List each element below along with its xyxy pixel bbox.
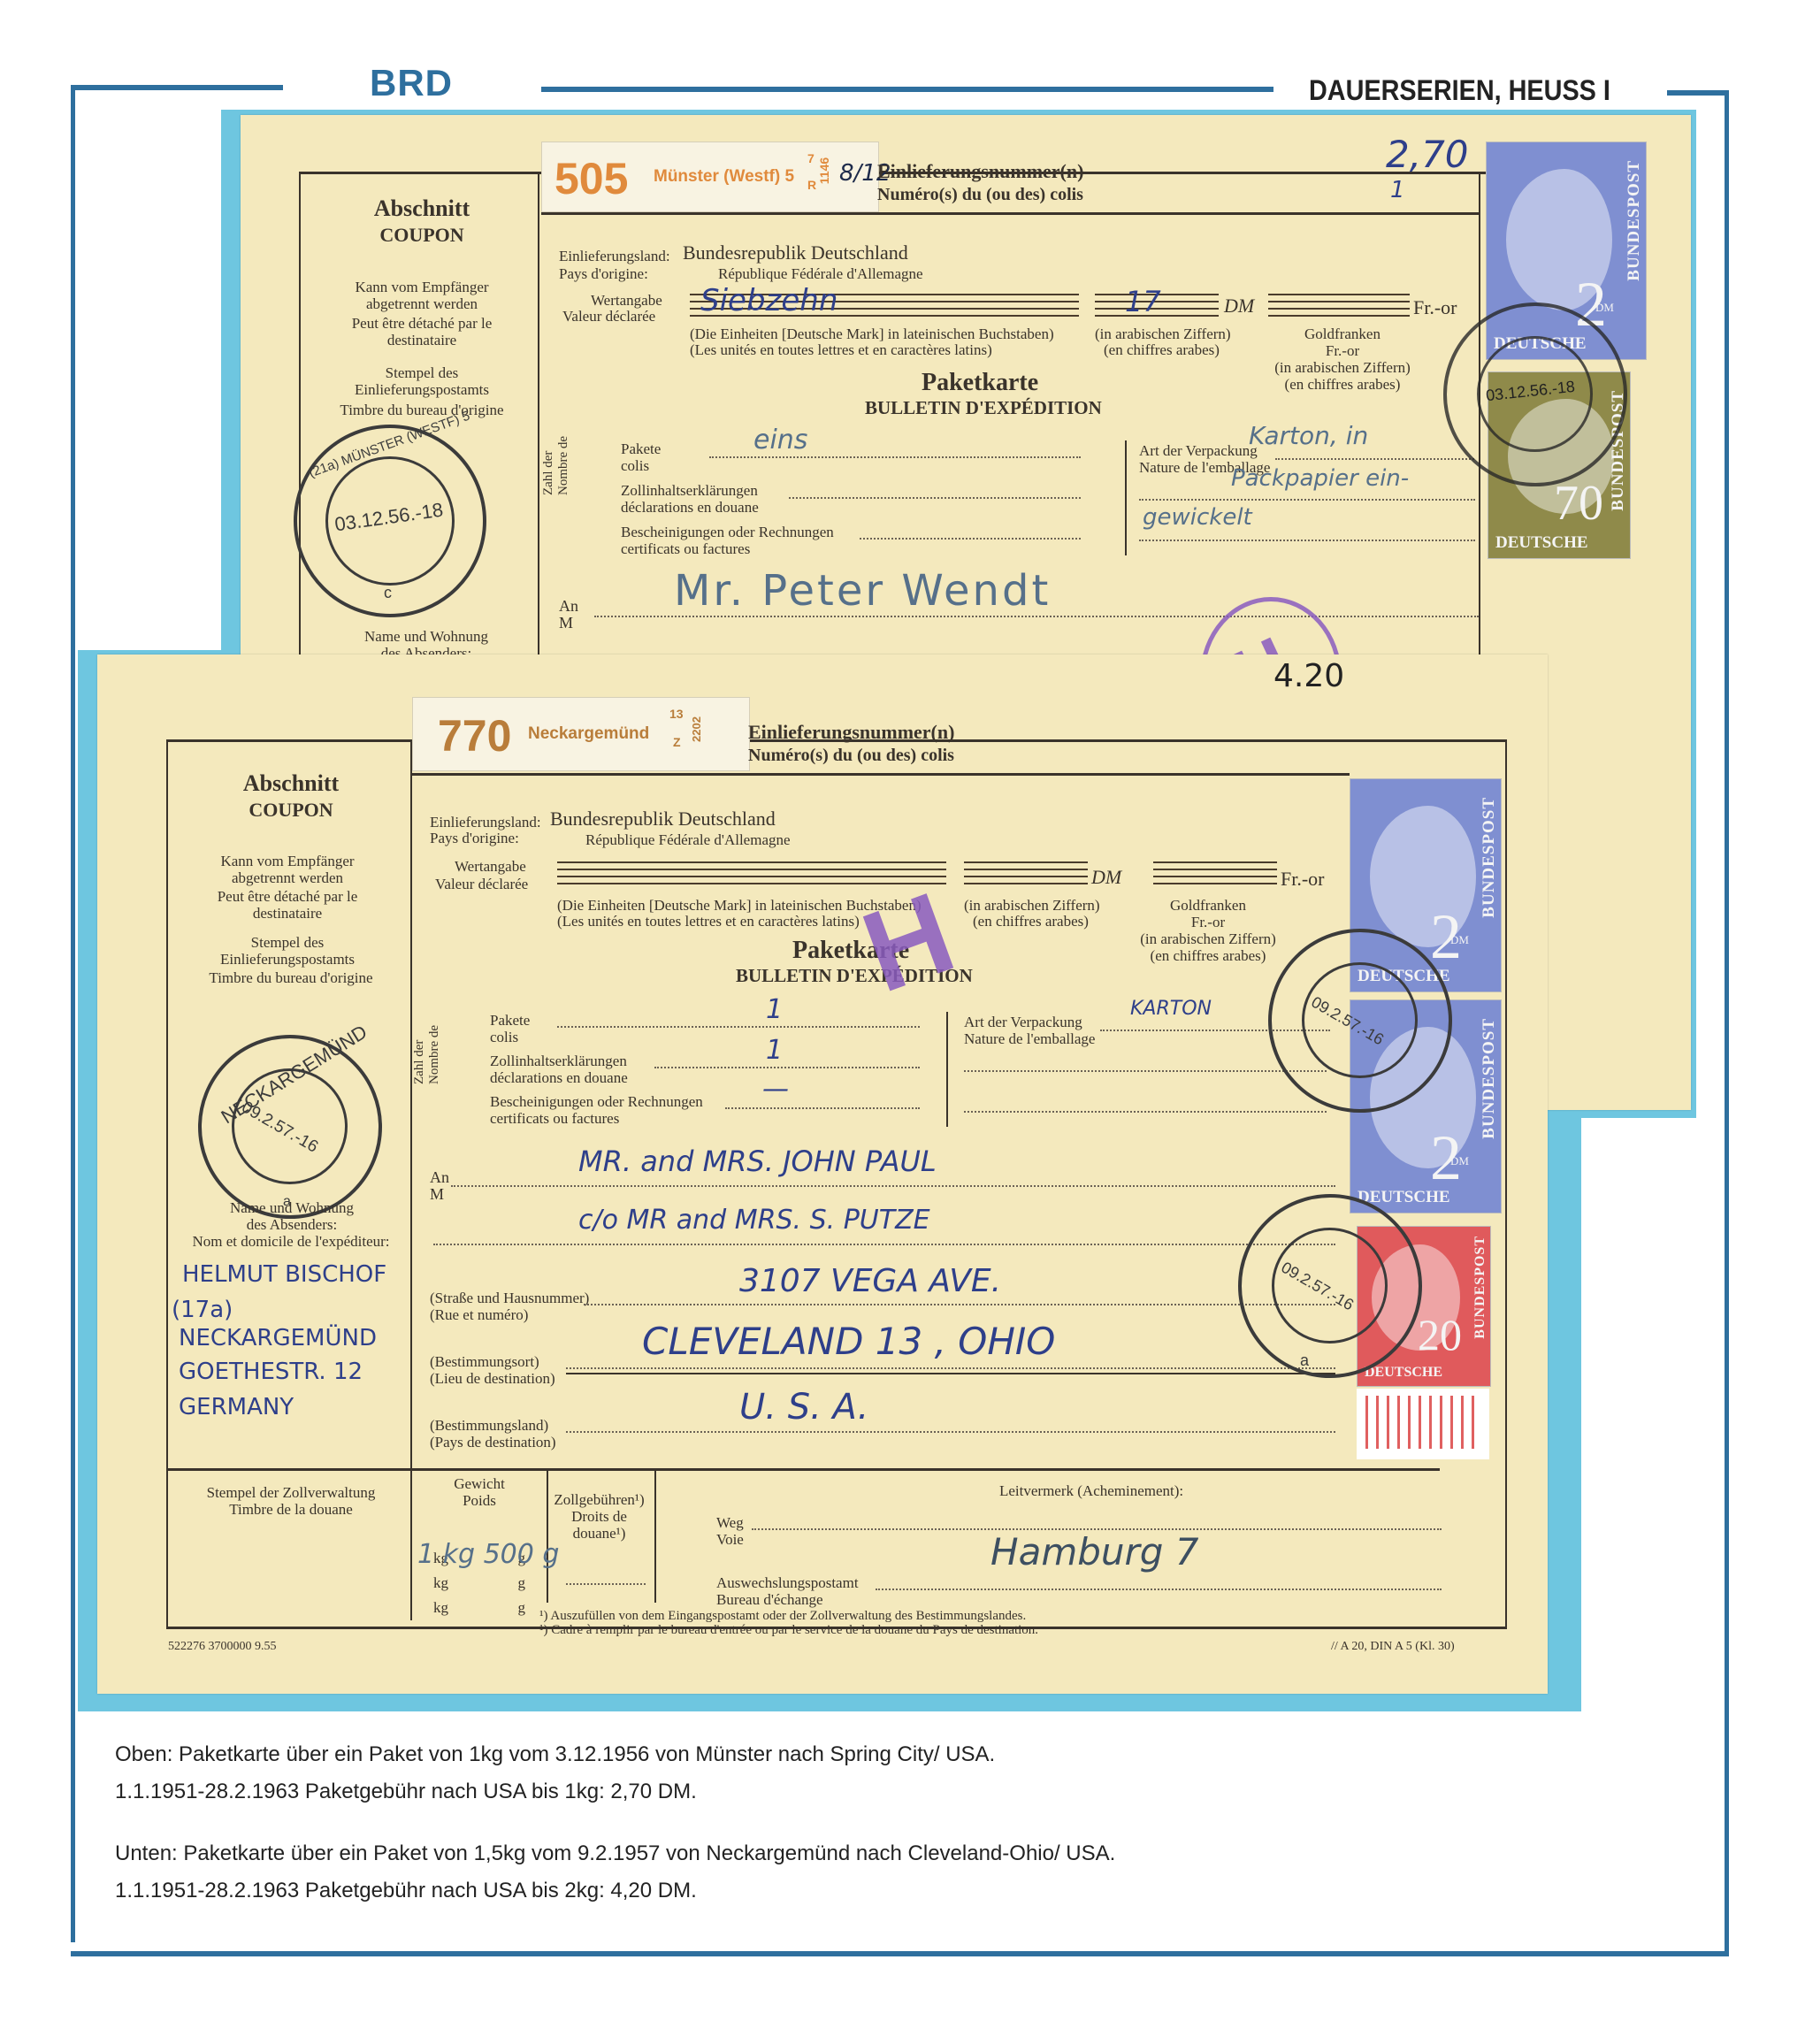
imprint-right: // A 20, DIN A 5 (Kl. 30) xyxy=(1331,1638,1455,1655)
registration-label: 770 Neckargemünd 13 Z 2202 xyxy=(412,697,750,771)
coupon-detach-de: Kann vom Empfänger abgetrennt werden xyxy=(195,853,380,886)
stamp-currency: DM xyxy=(1595,301,1614,315)
label-town: Münster (Westf) 5 xyxy=(654,167,794,187)
value-note-fr: (Les unités en toutes lettres et en cara… xyxy=(557,913,860,930)
parcels-field[interactable] xyxy=(709,456,1081,458)
caption-top-1: Oben: Paketkarte über ein Paket von 1kg … xyxy=(115,1742,995,1767)
addressee-label: An M xyxy=(430,1169,449,1203)
origin-label-fr: Pays d'origine: xyxy=(559,265,648,282)
value-label-de: Wertangabe xyxy=(591,292,662,309)
coupon-title: Abschnitt xyxy=(172,771,410,796)
gold-note-line: Goldfranken xyxy=(1128,897,1288,914)
digits-note-de: (in arabischen Ziffern) xyxy=(964,897,1100,914)
postmark-muenster: (21a) MÜNSTER (WESTF) 5 03.12.56.-18 c xyxy=(294,425,486,617)
coupon-detach-de: Kann vom Empfänger abgetrennt werden xyxy=(329,279,515,312)
stamp-value: 20 xyxy=(1418,1303,1462,1366)
coupon-sender-label-fr: Nom et domicile de l'expéditeur: xyxy=(172,1233,410,1250)
heading-rule xyxy=(412,773,1350,776)
frame-top-right xyxy=(1667,90,1729,96)
address-line-1-field[interactable] xyxy=(451,1185,1335,1187)
frame-top-left xyxy=(71,85,283,90)
duty-head-line: douane¹) xyxy=(548,1525,650,1542)
row-label-de: Zollinhaltserklärungen xyxy=(621,482,759,499)
gold-rules xyxy=(1153,861,1277,890)
heading-rule xyxy=(541,212,1479,215)
duty-heading: Zollgebühren¹) Droits de douane¹) xyxy=(548,1491,650,1542)
postmark-neckargemuend-coupon: NECKARGEMÜND 09.2.57.-16 a xyxy=(198,1035,382,1219)
route-label-fr: Voie xyxy=(716,1531,744,1548)
certificates-field[interactable] xyxy=(860,538,1081,540)
gold-note-line: Fr.-or xyxy=(1128,914,1288,930)
coupon-sender-label: Name und Wohnung des Absenders: xyxy=(230,1199,354,1233)
digits-note-fr: (en chiffres arabes) xyxy=(1104,341,1220,358)
zahl-label: Zahl der Nombre de xyxy=(541,436,571,495)
origin-country-de: Bundesrepublik Deutschland xyxy=(683,244,908,261)
duty-divider xyxy=(654,1470,656,1603)
row-label-fr: certificats ou factures xyxy=(621,540,834,557)
stamp-post-text: BUNDESPOST xyxy=(1625,160,1644,281)
coupon-subtitle: COUPON xyxy=(172,800,410,821)
addressee-name: Mr. Peter Wendt xyxy=(674,566,1051,616)
customs-value: 1 xyxy=(766,1035,783,1066)
postmark-neckargemuend-stamps-2: 09.2.57.-16 a xyxy=(1238,1194,1422,1378)
kg-unit: kg xyxy=(433,1574,448,1591)
duty-field[interactable] xyxy=(566,1583,646,1585)
gold-note-line: Fr.-or xyxy=(1263,342,1422,359)
exchange-label-de: Auswechslungspostamt xyxy=(716,1574,859,1591)
customs-stamp-de: Stempel der Zollverwaltung xyxy=(172,1484,410,1501)
stamp-country: DEUTSCHE xyxy=(1495,533,1588,553)
value-words: Siebzehn xyxy=(700,283,837,318)
address-street: 3107 VEGA AVE. xyxy=(739,1263,1001,1299)
country-label-de: (Bestimmungsland) xyxy=(430,1417,556,1434)
packing-label-de: Art der Verpackung xyxy=(964,1014,1095,1030)
zahl-fr: Nombre de xyxy=(427,1025,442,1084)
page-header-series: DAUERSERIEN, HEUSS I xyxy=(1309,74,1610,107)
label-code-top: 7 xyxy=(807,151,815,165)
country-label-fr: (Pays de destination) xyxy=(430,1434,556,1451)
value-note-fr: (Les unités en toutes lettres et en cara… xyxy=(690,341,992,358)
g-unit: g xyxy=(518,1574,526,1591)
coupon-detach-fr: Peut être détaché par le destinataire xyxy=(195,888,380,922)
certificates-field[interactable] xyxy=(725,1107,920,1109)
route-label-de: Weg xyxy=(716,1514,744,1531)
sender-postcode: (17a) xyxy=(172,1297,233,1323)
digits-note-fr: (en chiffres arabes) xyxy=(973,913,1089,930)
customs-stamp-label: Stempel der Zollverwaltung Timbre de la … xyxy=(172,1484,410,1518)
row-label-fr: déclarations en douane xyxy=(621,499,759,516)
count-row-certificates: Bescheinigungen oder Rechnungen certific… xyxy=(621,524,834,557)
addressee-label: An M xyxy=(559,598,578,632)
gold-note-line: Goldfranken xyxy=(1263,325,1422,342)
address-city: CLEVELAND 13 , OHIO xyxy=(642,1320,1055,1363)
sender-town: NECKARGEMÜND xyxy=(179,1325,377,1351)
weight-head-de: Gewicht xyxy=(412,1475,547,1492)
dest-label-fr: (Lieu de destination) xyxy=(430,1370,555,1387)
coupon-stamp-fr: Timbre du bureau d'origine xyxy=(172,969,410,986)
zahl-fr: Nombre de xyxy=(556,436,571,495)
coupon-stamp-de: Stempel des Einlieferungspostamts xyxy=(329,364,515,398)
postmark-neckargemuend-stamps-1: 09.2.57.-16 xyxy=(1268,929,1452,1113)
fee-handwritten: 4.20 xyxy=(1273,658,1344,694)
parcels-value: 1 xyxy=(766,994,783,1025)
row-label-fr: colis xyxy=(621,457,661,474)
dm-label: DM xyxy=(1091,869,1121,885)
exchange-field[interactable] xyxy=(876,1589,1442,1590)
caption-bottom-2: 1.1.1951-28.2.1963 Paketgebühr nach USA … xyxy=(115,1879,697,1903)
count-row-customs: Zollinhaltserklärungen déclarations en d… xyxy=(621,482,759,516)
origin-label-fr: Pays d'origine: xyxy=(430,830,519,846)
row-label-de: Bescheinigungen oder Rechnungen xyxy=(490,1093,703,1110)
gold-note-line: (in arabischen Ziffern) xyxy=(1128,930,1288,947)
addr-label-m: M xyxy=(430,1186,449,1203)
postmark-muenster-on-stamps: 03.12.56.-18 xyxy=(1443,302,1627,486)
stamp-post-text: BUNDESPOST xyxy=(1472,1236,1488,1339)
sheet-margin xyxy=(1357,1389,1489,1459)
packing-field[interactable] xyxy=(1275,458,1474,460)
value-label-fr: Valeur déclarée xyxy=(435,876,528,892)
label-code-bottom: R xyxy=(807,178,816,192)
g-unit: g xyxy=(518,1599,526,1616)
origin-country-fr: République Fédérale d'Allemagne xyxy=(718,265,923,282)
route-label: Weg Voie xyxy=(716,1514,744,1548)
sender-country: GERMANY xyxy=(179,1394,294,1420)
frame-left xyxy=(71,85,75,1942)
gold-note-line: (en chiffres arabes) xyxy=(1128,947,1288,964)
consignment-number-heading-fr: Numéro(s) du (ou des) colis xyxy=(748,745,954,766)
weight-heading: Gewicht Poids xyxy=(412,1475,547,1509)
label-code-top: 13 xyxy=(669,707,684,721)
street-label: (Straße und Hausnummer) (Rue et numéro) xyxy=(430,1290,589,1323)
parcels-field[interactable] xyxy=(557,1026,920,1028)
packing-field-2[interactable] xyxy=(1139,499,1475,501)
packing-field-2[interactable] xyxy=(964,1070,1327,1072)
row-label-fr: déclarations en douane xyxy=(490,1069,628,1086)
customs-stamp-fr: Timbre de la douane xyxy=(172,1501,410,1518)
consignment-number-heading-de: Einlieferungsnummer(n) xyxy=(748,722,954,743)
origin-label-de: Einlieferungsland: xyxy=(559,248,670,264)
street-label-de: (Straße und Hausnummer) xyxy=(430,1290,589,1306)
count-row-certificates: Bescheinigungen oder Rechnungen certific… xyxy=(490,1093,703,1127)
fror-label: Fr.-or xyxy=(1413,299,1457,316)
packing-value-3: gewickelt xyxy=(1143,504,1252,531)
packing-label-fr: Nature de l'emballage xyxy=(964,1030,1095,1047)
customs-section-rule xyxy=(166,1468,1440,1471)
gold-note: Goldfranken Fr.-or (in arabischen Ziffer… xyxy=(1128,897,1288,964)
sender-street: GOETHESTR. 12 xyxy=(179,1359,363,1385)
zahl-de: Zahl der xyxy=(541,436,556,495)
address-line-1: MR. and MRS. JOHN PAUL xyxy=(578,1144,937,1178)
frame-bottom xyxy=(71,1951,1729,1956)
customs-field[interactable] xyxy=(654,1067,920,1068)
country-label: (Bestimmungsland) (Pays de destination) xyxy=(430,1417,556,1451)
count-row-customs: Zollinhaltserklärungen déclarations en d… xyxy=(490,1053,628,1086)
label-serial: 2202 xyxy=(690,716,703,742)
gold-note: Goldfranken Fr.-or (in arabischen Ziffer… xyxy=(1263,325,1422,393)
row-label-fr: certificats ou factures xyxy=(490,1110,703,1127)
label-number: 505 xyxy=(555,153,628,204)
coupon-detach-fr: Peut être détaché par le destinataire xyxy=(329,315,515,348)
frame-right xyxy=(1725,90,1729,1956)
stamp-post-text: BUNDESPOST xyxy=(1480,797,1499,918)
row-label-de: Zollinhaltserklärungen xyxy=(490,1053,628,1069)
label-number: 770 xyxy=(438,710,511,762)
form-title: Paketkarte xyxy=(922,370,1038,396)
footnote-fr: ¹) Cadre à remplir par le bureau d'entré… xyxy=(539,1622,1038,1639)
stamp-post-text: BUNDESPOST xyxy=(1480,1018,1499,1139)
coupon-stamp-de: Stempel des Einlieferungspostamts xyxy=(195,934,380,968)
addressee-field[interactable] xyxy=(594,616,1479,617)
addr-label-an: An xyxy=(430,1169,449,1186)
stamp-currency: DM xyxy=(1450,1154,1469,1168)
gold-note-line: (en chiffres arabes) xyxy=(1263,376,1422,393)
count-row-parcels: Pakete colis xyxy=(621,440,661,474)
duty-head-line: Droits de xyxy=(548,1508,650,1525)
parcels-value: eins xyxy=(753,425,807,455)
value-label-de: Wertangabe xyxy=(455,858,526,875)
label-town: Neckargemünd xyxy=(528,724,649,744)
caption-top-2: 1.1.1951-28.2.1963 Paketgebühr nach USA … xyxy=(115,1780,697,1804)
addr-label-an: An xyxy=(559,598,578,615)
label-serial: 1146 xyxy=(817,157,831,184)
value-digits-rules xyxy=(964,861,1088,890)
certificates-value: — xyxy=(762,1074,789,1105)
dm-label: DM xyxy=(1224,297,1254,314)
stamp-country: DEUTSCHE xyxy=(1365,1365,1442,1381)
sender-name: HELMUT BISCHOF xyxy=(182,1261,386,1288)
consignment-number-heading-de: Einlieferungsnummer(n) xyxy=(877,161,1083,182)
packing-field-3[interactable] xyxy=(1139,540,1475,541)
route-value: Hamburg 7 xyxy=(990,1530,1199,1573)
value-note-de: (Die Einheiten [Deutsche Mark] in latein… xyxy=(690,325,1054,342)
packing-label: Art der Verpackung Nature de l'emballage xyxy=(964,1014,1095,1047)
value-digits: 17 xyxy=(1125,285,1161,318)
count-row-parcels: Pakete colis xyxy=(490,1012,530,1045)
destination-rule xyxy=(566,1373,1335,1374)
zahl-de: Zahl der xyxy=(412,1025,427,1084)
weight-head-fr: Poids xyxy=(412,1492,547,1509)
frame-top-middle xyxy=(541,87,1273,92)
routing-heading: Leitvermerk (Acheminement): xyxy=(999,1482,1183,1499)
postmark-letter: a xyxy=(1300,1351,1309,1370)
exchange-label-fr: Bureau d'échange xyxy=(716,1591,859,1608)
coupon-title: Abschnitt xyxy=(311,196,532,221)
digits-note-de: (in arabischen Ziffern) xyxy=(1095,325,1231,342)
address-line-2-field[interactable] xyxy=(433,1244,1335,1245)
fee-sub: 1 xyxy=(1390,177,1405,203)
weight-value: 1 kg 500 g xyxy=(417,1539,559,1570)
customs-field[interactable] xyxy=(789,497,1081,499)
origin-country-fr: République Fédérale d'Allemagne xyxy=(585,831,791,848)
duty-head-line: Zollgebühren¹) xyxy=(548,1491,650,1508)
packing-divider xyxy=(1125,440,1127,555)
origin-label-de: Einlieferungsland: xyxy=(430,814,541,831)
weight-row-3: kg g xyxy=(433,1599,525,1616)
exchange-label: Auswechslungspostamt Bureau d'échange xyxy=(716,1574,859,1608)
street-field[interactable] xyxy=(584,1304,1335,1305)
country-field[interactable] xyxy=(566,1431,1335,1433)
destination-label: (Bestimmungsort) (Lieu de destination) xyxy=(430,1353,555,1387)
kg-unit: kg xyxy=(433,1599,448,1616)
value-label-fr: Valeur déclarée xyxy=(562,308,655,325)
address-line-2: c/o MR and MRS. S. PUTZE xyxy=(578,1205,930,1236)
form-subtitle: BULLETIN D'EXPÉDITION xyxy=(865,400,1102,417)
packing-value-1: Karton, in xyxy=(1249,421,1368,450)
destination-field[interactable] xyxy=(566,1367,1335,1369)
row-label-de: Pakete xyxy=(621,440,661,457)
packing-field-3[interactable] xyxy=(964,1111,1327,1113)
coupon-stamp-fr: Timbre du bureau d'origine xyxy=(311,402,532,418)
row-label-de: Pakete xyxy=(490,1012,530,1029)
origin-country-de: Bundesrepublik Deutschland xyxy=(550,810,776,827)
fror-label: Fr.-or xyxy=(1281,870,1325,887)
addr-label-m: M xyxy=(559,615,578,632)
packing-value-2: Packpapier ein- xyxy=(1231,465,1409,492)
row-label-fr: colis xyxy=(490,1029,530,1045)
dest-label-de: (Bestimmungsort) xyxy=(430,1353,555,1370)
caption-bottom-1: Unten: Paketkarte über ein Paket von 1,5… xyxy=(115,1841,1115,1866)
label-code-bottom: Z xyxy=(673,735,681,749)
weight-row-2: kg g xyxy=(433,1574,525,1591)
street-label-fr: (Rue et numéro) xyxy=(430,1306,589,1323)
registration-label: 505 Münster (Westf) 5 7 R 1146 8/12 xyxy=(541,142,879,212)
coupon-divider xyxy=(538,172,539,702)
page-header-country: BRD xyxy=(370,62,453,104)
gold-note-line: (in arabischen Ziffern) xyxy=(1263,359,1422,376)
row-label-de: Bescheinigungen oder Rechnungen xyxy=(621,524,834,540)
packing-value: KARTON xyxy=(1130,998,1212,1020)
packing-divider xyxy=(946,1012,948,1127)
imprint-left: 522276 3700000 9.55 xyxy=(168,1638,277,1655)
parcel-card-bottom: Abschnitt COUPON Kann vom Empfänger abge… xyxy=(97,655,1548,1694)
address-country: U. S. A. xyxy=(739,1387,868,1428)
consignment-number-heading-fr: Numéro(s) du (ou des) colis xyxy=(877,184,1083,205)
postmark-letter: c xyxy=(384,584,392,602)
coupon-subtitle: COUPON xyxy=(311,225,532,246)
stamp-currency: DM xyxy=(1450,933,1469,947)
zahl-label: Zahl der Nombre de xyxy=(412,1025,442,1084)
gold-rules xyxy=(1268,294,1410,322)
fee-handwritten: 2,70 xyxy=(1386,133,1469,176)
